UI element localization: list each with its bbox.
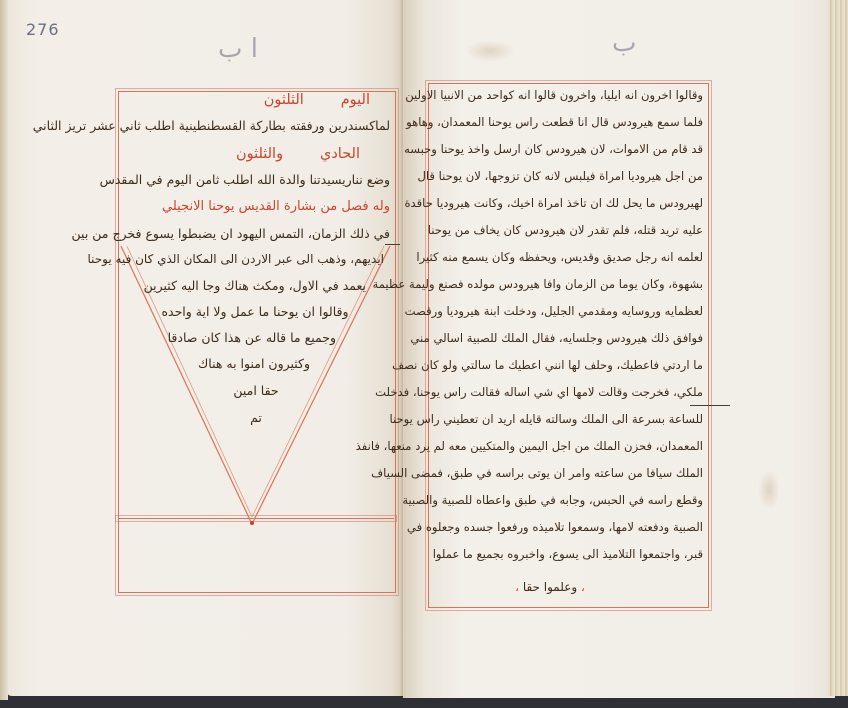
triangle-text-line: وقالوا ان يوحنا ما عمل ولا اية واحده xyxy=(160,304,350,319)
right-text-line: لعظمايه وروسايه ومقدمي الجليل، ودخلت ابن… xyxy=(431,304,703,318)
right-text-line: فلما سمع هيرودس قال انا قطعت راس يوحنا ا… xyxy=(431,115,703,129)
triangle-text-line: ايديهم، وذهب الى عبر الاردن الى المكان ا… xyxy=(128,252,384,266)
right-text-line: لهيرودس ما يحل لك ان تاخذ امراة اخيك، وك… xyxy=(431,196,703,210)
right-text-line: قبر، واجتمعوا التلاميذ الى يسوع، واخبروه… xyxy=(431,547,703,561)
right-text-line: الملك سيافا من ساعته وامر ان يوتى براسه … xyxy=(431,466,703,480)
right-text-line: للساعة بسرعة الى الملك وسالته قايله اريد… xyxy=(431,412,703,426)
right-text-line: قد قام من الاموات، لان هيرودس كان ارسل و… xyxy=(431,142,703,156)
closing-line: ، وعلموا حقا ، xyxy=(490,580,610,594)
right-text-line: الصبية ودفعته لامها، وسمعوا تلاميذه ورفع… xyxy=(431,520,703,534)
triangle-amen: حقا امين xyxy=(220,383,292,398)
right-text-line: لعلمه انه رجل صديق وقديس، ويحفظه وكان يس… xyxy=(431,250,703,264)
right-text-line: من اجل هيروديا امراة فيلبس لانه كان تزوج… xyxy=(431,169,703,183)
pencil-mark-right: ب xyxy=(612,28,636,58)
heading-thirty-first: الحادي والثلثون xyxy=(140,146,360,162)
triangle-text-line: وكثيرون امنوا به هناك xyxy=(186,356,322,371)
left-text-line: وضع نناريسيدتنا والدة الله اطلب ثامن الي… xyxy=(122,172,390,187)
right-text-line: المعمدان، فحزن الملك من اجل اليمين والمت… xyxy=(431,439,703,453)
paper-stain xyxy=(758,470,780,510)
triangle-text-line: في ذلك الزمان، التمس اليهود ان يضبطوا يس… xyxy=(122,226,390,241)
heading-day-thirty: اليوم الثلثون xyxy=(140,92,370,108)
left-text-line: لماكسندرين ورفقته بطاركة القسطنطينية اطل… xyxy=(122,118,390,133)
right-text-line: ملكي، فخرجت وقالت لامها اي شي اساله فقال… xyxy=(431,385,703,399)
triangle-text-line: وجميع ما قاله عن هذا كان صادقا xyxy=(172,330,336,345)
right-text-line: وقطع راسه في الحبس، وجابه في طبق واعطاه … xyxy=(431,493,703,507)
gospel-rubric: وله فصل من بشارة القديس يوحنا الانجيلي xyxy=(122,199,390,214)
triangle-end-mark: تم xyxy=(236,410,276,425)
triangle-text-line: يعمد في الاول، ومكث هناك وجا اليه كثيرين xyxy=(146,278,366,293)
right-text-line: عليه تريد قتله، فلم تقدر لان هيرودس كان … xyxy=(431,223,703,237)
right-text-line: ما اردتي فاعطيك، وحلف لها انني اعطيك ما … xyxy=(431,358,703,372)
margin-tick xyxy=(690,405,730,406)
paper-stain xyxy=(465,40,515,62)
right-text-line: فوافق ذلك هيرودس وجلسايه، فقال الملك للص… xyxy=(431,331,703,345)
open-manuscript: 276 ا ب اليوم الثلثون لماكسندرين ورفقته … xyxy=(0,0,848,708)
right-text-line: وقالوا اخرون انه ايليا، واخرون قالوا انه… xyxy=(431,88,703,102)
right-text-line: بشهوة، وكان يوما من الزمان وافا هيرودس م… xyxy=(431,277,703,291)
page-fore-edge xyxy=(828,0,848,696)
